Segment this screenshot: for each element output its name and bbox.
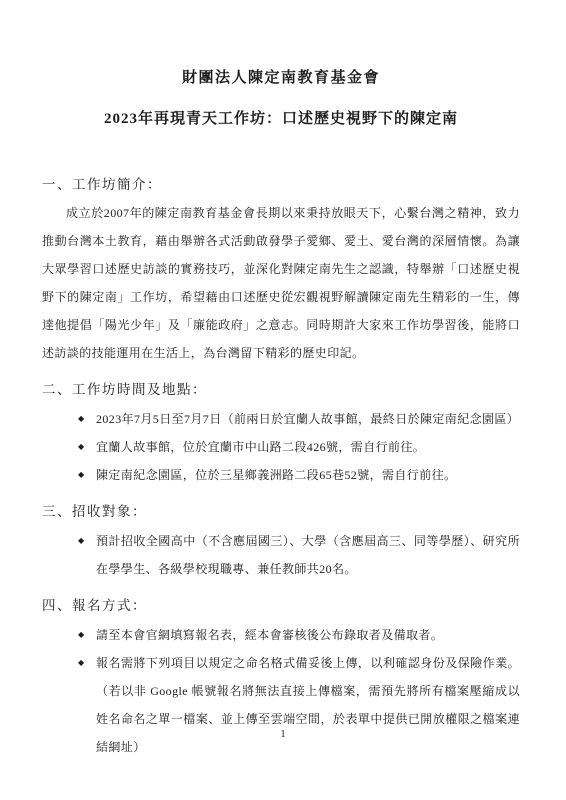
section-target-audience: 三、招收對象： ◆ 預計招收全國高中（不含應屆國三）、大學（含應屆高三、同等學歷… [42, 498, 520, 583]
bullet-text: 宜蘭人故事館，位於宜蘭市中山路二段426號，需自行前往。 [96, 433, 520, 461]
list-item: ◆ 請至本會官網填寫報名表，經本會審核後公布錄取者及備取者。 [78, 621, 520, 649]
bullet-text: 報名需將下列項目以規定之命名格式備妥後上傳，以利確認身份及保險作業。（若以非 G… [96, 649, 520, 761]
list-item: ◆ 陳定南紀念園區，位於三星鄉義洲路二段65巷52號，需自行前往。 [78, 461, 520, 489]
document-body: 一、工作坊簡介： 成立於2007年的陳定南教育基金會長期以來秉持放眼天下，心繫台… [42, 171, 520, 761]
bullet-list: ◆ 2023年7月5日至7月7日（前兩日於宜蘭人故事館，最終日於陳定南紀念園區）… [78, 405, 520, 489]
section-heading: 三、招收對象： [42, 498, 520, 526]
section-paragraph: 成立於2007年的陳定南教育基金會長期以來秉持放眼天下，心繫台灣之精神，致力推動… [42, 199, 520, 367]
bullet-text: 陳定南紀念園區，位於三星鄉義洲路二段65巷52號，需自行前往。 [96, 461, 520, 489]
diamond-bullet-icon: ◆ [78, 433, 96, 461]
bullet-text: 2023年7月5日至7月7日（前兩日於宜蘭人故事館，最終日於陳定南紀念園區） [96, 405, 520, 433]
section-time-location: 二、工作坊時間及地點： ◆ 2023年7月5日至7月7日（前兩日於宜蘭人故事館，… [42, 376, 520, 489]
document-subtitle: 2023年再現青天工作坊：口述歷史視野下的陳定南 [42, 109, 520, 129]
list-item: ◆ 預計招收全國高中（不含應屆國三）、大學（含應屆高三、同等學歷）、研究所在學學… [78, 527, 520, 583]
section-heading: 一、工作坊簡介： [42, 171, 520, 199]
bullet-list: ◆ 預計招收全國高中（不含應屆國三）、大學（含應屆高三、同等學歷）、研究所在學學… [78, 527, 520, 583]
list-item: ◆ 2023年7月5日至7月7日（前兩日於宜蘭人故事館，最終日於陳定南紀念園區） [78, 405, 520, 433]
section-heading: 四、報名方式： [42, 592, 520, 620]
list-item: ◆ 報名需將下列項目以規定之命名格式備妥後上傳，以利確認身份及保險作業。（若以非… [78, 649, 520, 761]
document-page: 財團法人陳定南教育基金會 2023年再現青天工作坊：口述歷史視野下的陳定南 一、… [0, 0, 566, 800]
bullet-text: 預計招收全國高中（不含應屆國三）、大學（含應屆高三、同等學歷）、研究所在學學生、… [96, 527, 520, 583]
diamond-bullet-icon: ◆ [78, 621, 96, 649]
list-item: ◆ 宜蘭人故事館，位於宜蘭市中山路二段426號，需自行前往。 [78, 433, 520, 461]
document-title: 財團法人陳定南教育基金會 [42, 68, 520, 88]
diamond-bullet-icon: ◆ [78, 649, 96, 677]
bullet-text: 請至本會官網填寫報名表，經本會審核後公布錄取者及備取者。 [96, 621, 520, 649]
diamond-bullet-icon: ◆ [78, 461, 96, 489]
page-number: 1 [0, 728, 566, 740]
diamond-bullet-icon: ◆ [78, 527, 96, 555]
section-heading: 二、工作坊時間及地點： [42, 376, 520, 404]
bullet-list: ◆ 請至本會官網填寫報名表，經本會審核後公布錄取者及備取者。 ◆ 報名需將下列項… [78, 621, 520, 761]
section-workshop-intro: 一、工作坊簡介： 成立於2007年的陳定南教育基金會長期以來秉持放眼天下，心繫台… [42, 171, 520, 367]
diamond-bullet-icon: ◆ [78, 405, 96, 433]
